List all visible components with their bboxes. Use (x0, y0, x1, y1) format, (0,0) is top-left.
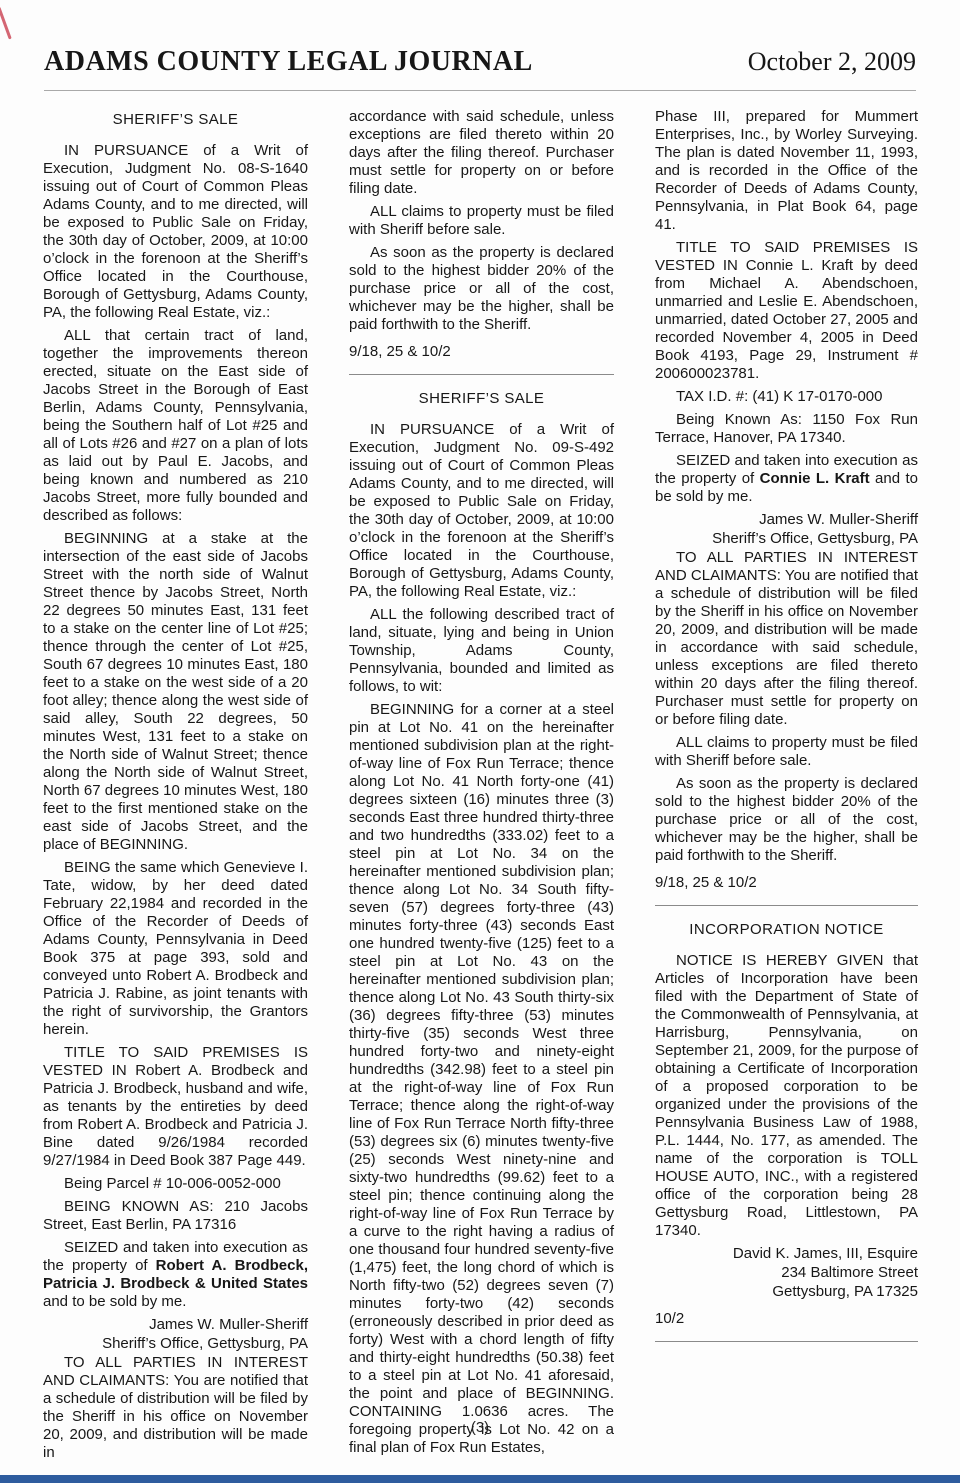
notice-paragraph: 9/18, 25 & 10/2 (349, 343, 614, 361)
notice-paragraph: 234 Baltimore Street (655, 1264, 918, 1282)
section-divider (655, 1341, 918, 1342)
notice-paragraph: ALL the following described tract of lan… (349, 606, 614, 696)
notice-paragraph: As soon as the property is declared sold… (349, 244, 614, 334)
notice-paragraph: IN PURSUANCE of a Writ of Execution, Jud… (349, 421, 614, 601)
notice-paragraph: accordance with said schedule, unless ex… (349, 108, 614, 198)
notice-paragraph: 10/2 (655, 1310, 918, 1328)
notice-paragraph: Being Parcel # 10-006-0052-000 (43, 1175, 308, 1193)
notice-paragraph: ALL that certain tract of land, together… (43, 327, 308, 525)
notice-paragraph: ALL claims to property must be filed wit… (655, 734, 918, 770)
notice-paragraph: TITLE TO SAID PREMISES IS VESTED IN Robe… (43, 1044, 308, 1170)
header-divider (44, 90, 916, 91)
notice-paragraph: BEING the same which Genevieve I. Tate, … (43, 859, 308, 1039)
notice-paragraph: Being Known As: 1150 Fox Run Terrace, Ha… (655, 411, 918, 447)
page-header: ADAMS COUNTY LEGAL JOURNAL October 2, 20… (44, 46, 916, 78)
notice-paragraph: James W. Muller-Sheriff (43, 1316, 308, 1334)
notice-paragraph: 9/18, 25 & 10/2 (655, 874, 918, 892)
notice-paragraph: IN PURSUANCE of a Writ of Execution, Jud… (43, 142, 308, 322)
notice-heading: SHERIFF’S SALE (43, 111, 308, 129)
notice-paragraph: BEGINNING for a corner at a steel pin at… (349, 701, 614, 1457)
issue-date: October 2, 2009 (748, 47, 916, 77)
scan-artifact-mark (0, 7, 12, 40)
notice-paragraph: BEGINNING at a stake at the intersection… (43, 530, 308, 854)
notice-paragraph: TO ALL PARTIES IN INTEREST AND CLAIMANTS… (655, 549, 918, 729)
notice-paragraph: ALL claims to property must be filed wit… (349, 203, 614, 239)
notice-paragraph: Sheriff’s Office, Gettysburg, PA (655, 530, 918, 548)
notice-paragraph: TAX I.D. #: (41) K 17-0170-000 (655, 388, 918, 406)
journal-title: ADAMS COUNTY LEGAL JOURNAL (44, 46, 533, 78)
text-column-3: Phase III, prepared for Mummert Enterpri… (655, 108, 918, 1357)
text-column-1: SHERIFF’S SALEIN PURSUANCE of a Writ of … (43, 108, 308, 1467)
text-column-2: accordance with said schedule, unless ex… (349, 108, 614, 1462)
notice-paragraph: As soon as the property is declared sold… (655, 775, 918, 865)
notice-paragraph: NOTICE IS HEREBY GIVEN that Articles of … (655, 952, 918, 1240)
notice-paragraph: James W. Muller-Sheriff (655, 511, 918, 529)
bottom-edge-bar (0, 1475, 960, 1483)
notice-heading: INCORPORATION NOTICE (655, 921, 918, 939)
notice-paragraph: SEIZED and taken into execution as the p… (43, 1239, 308, 1311)
page-number: (3) (0, 1419, 960, 1436)
journal-page: ADAMS COUNTY LEGAL JOURNAL October 2, 20… (0, 0, 960, 1483)
notice-paragraph: David K. James, III, Esquire (655, 1245, 918, 1263)
notice-paragraph: TITLE TO SAID PREMISES IS VESTED IN Conn… (655, 239, 918, 383)
notice-paragraph: Sheriff’s Office, Gettysburg, PA (43, 1335, 308, 1353)
notice-paragraph: BEING KNOWN AS: 210 Jacobs Street, East … (43, 1198, 308, 1234)
notice-paragraph: Phase III, prepared for Mummert Enterpri… (655, 108, 918, 234)
notice-heading: SHERIFF’S SALE (349, 390, 614, 408)
notice-paragraph: SEIZED and taken into execution as the p… (655, 452, 918, 506)
section-divider (349, 374, 614, 375)
section-divider (655, 905, 918, 906)
notice-paragraph: TO ALL PARTIES IN INTEREST AND CLAIMANTS… (43, 1354, 308, 1462)
notice-paragraph: Gettysburg, PA 17325 (655, 1283, 918, 1301)
